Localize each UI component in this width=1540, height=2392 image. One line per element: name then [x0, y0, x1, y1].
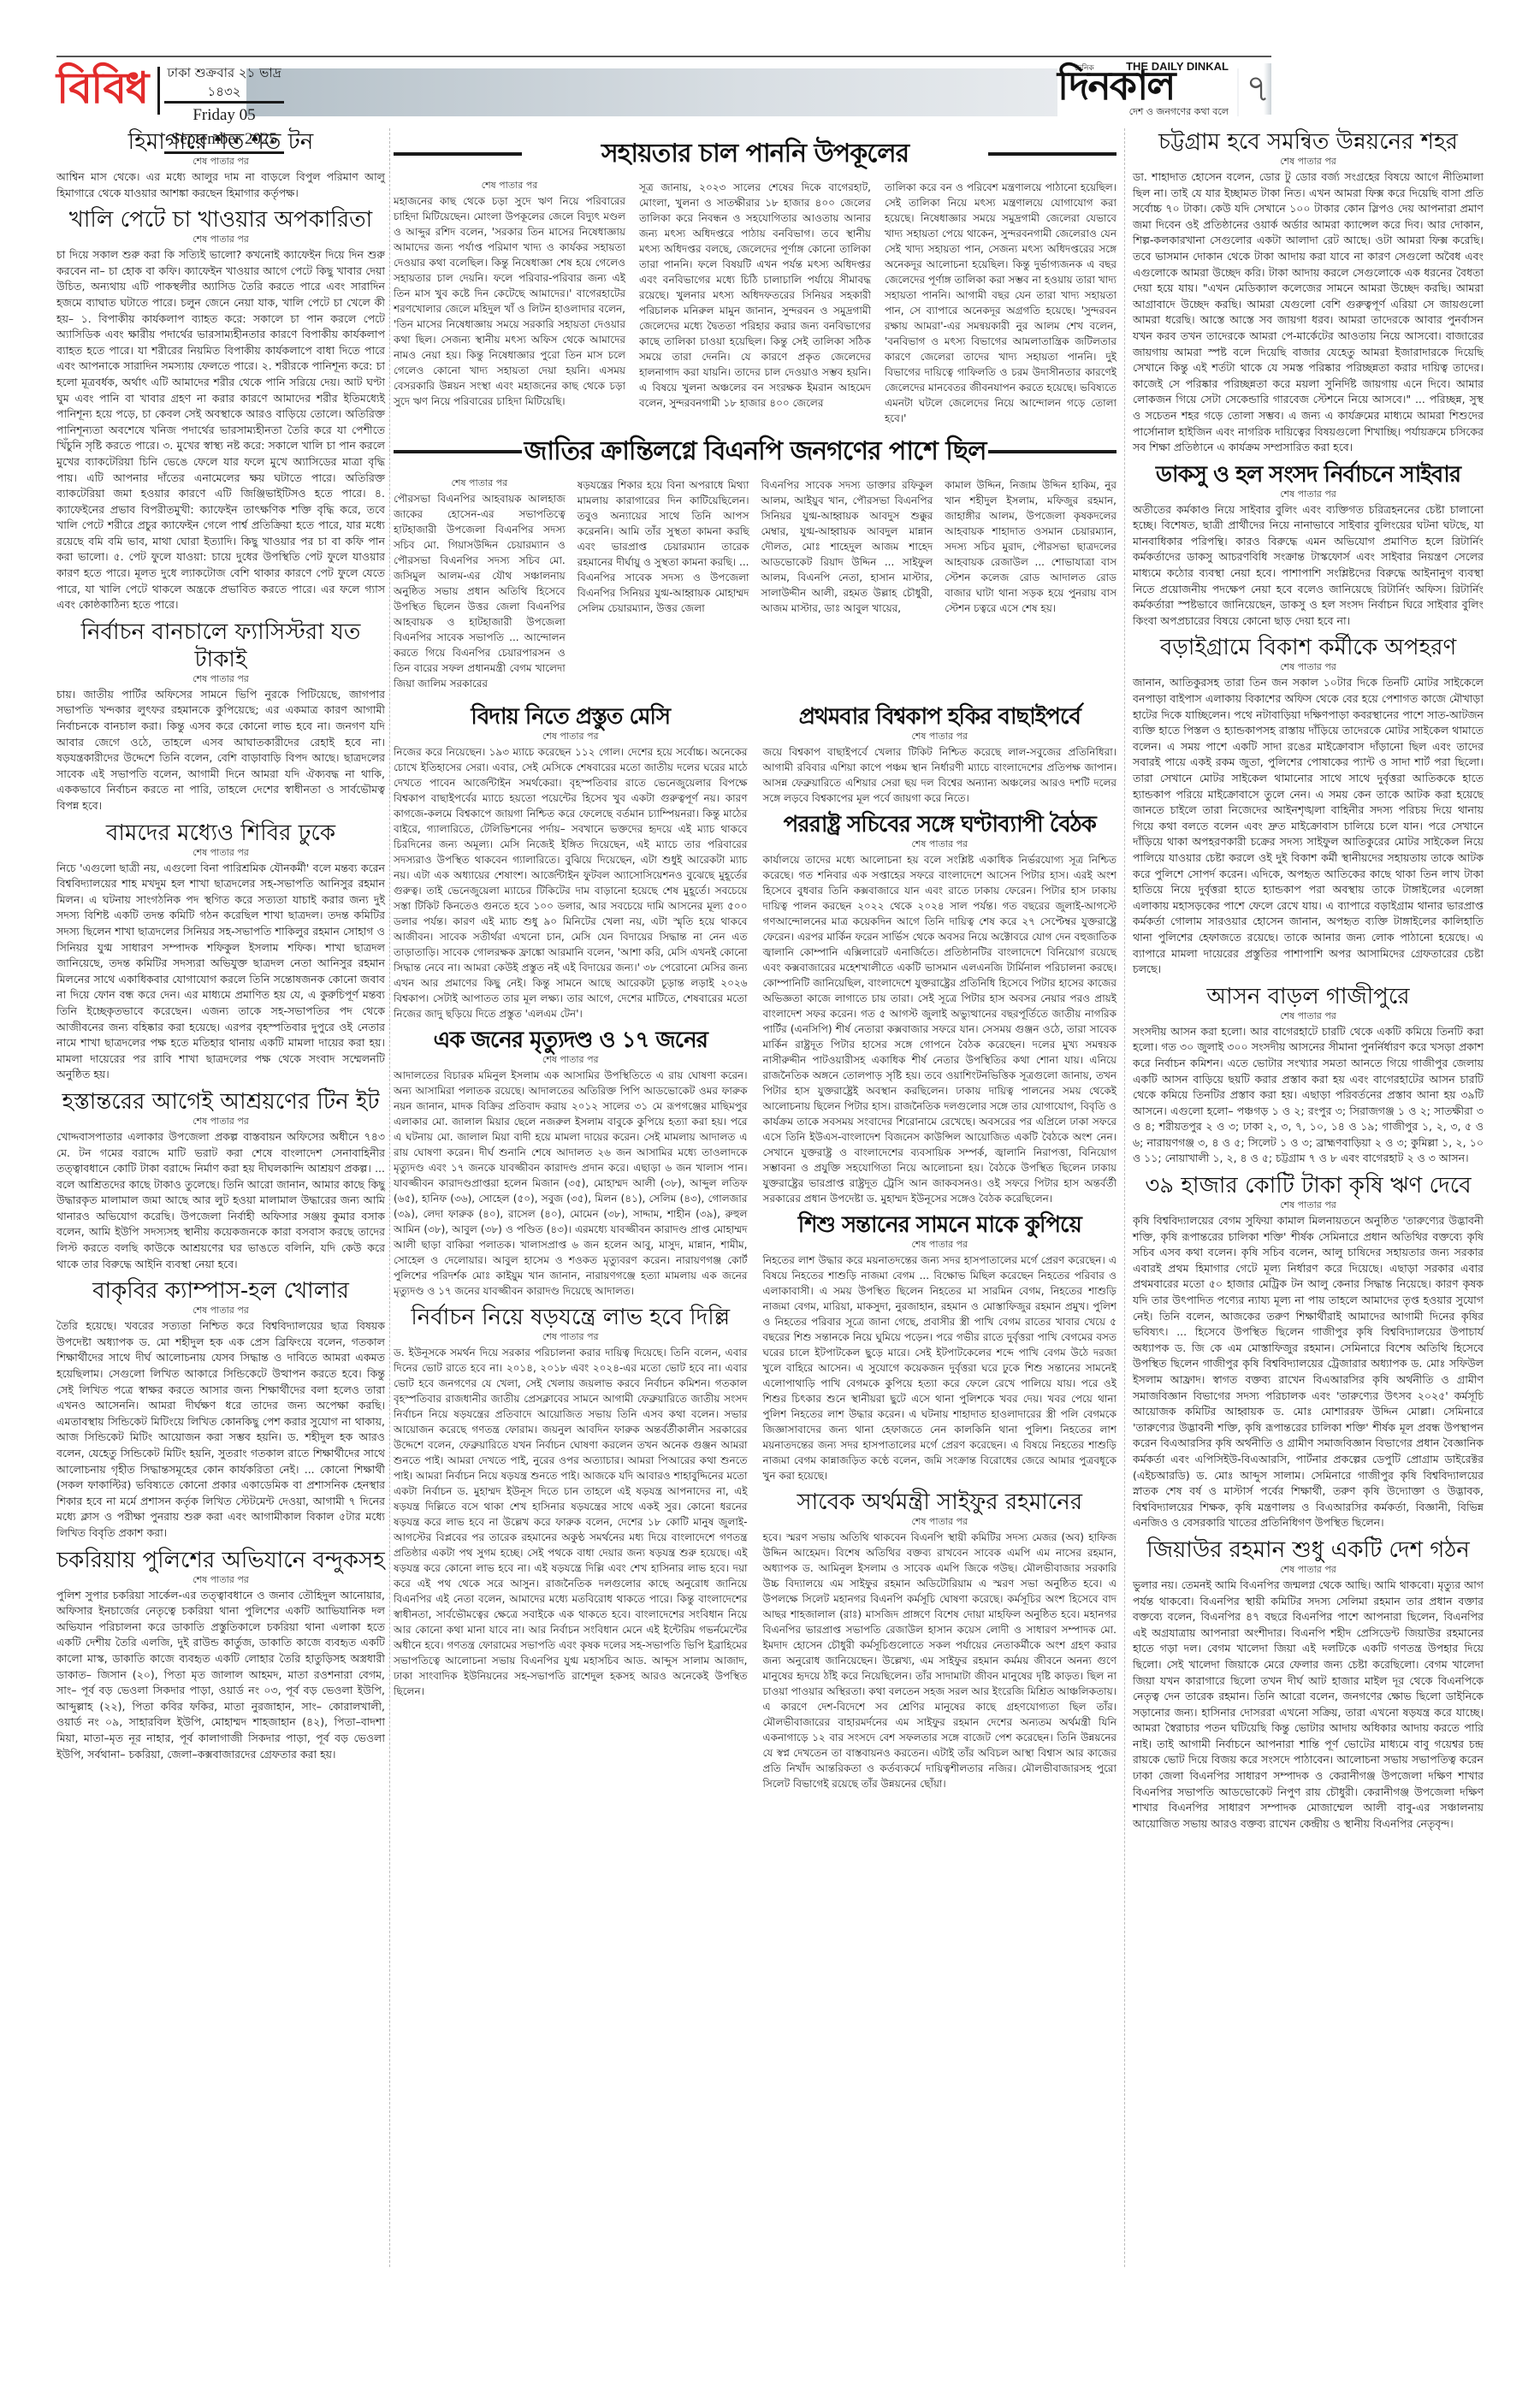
column-separator	[1124, 128, 1125, 2267]
continued-label: শেষ পাতার পর	[1133, 661, 1484, 673]
headline[interactable]: খালি পেটে চা খাওয়ার অপকারিতা	[56, 206, 385, 234]
article-body: সংসদীয় আসন করা হলো। আর বাগেরহাটে চারটি …	[1133, 1024, 1484, 1167]
continued-label: শেষ পাতার পর	[1133, 1199, 1484, 1211]
column-separator	[389, 128, 390, 2267]
article-body: কৃষি বিশ্ববিদ্যালয়ের বেগম সুফিয়া কামাল…	[1133, 1213, 1484, 1531]
article-body-col: বিএনপির সাবেক সদস্য ডাক্তার রফিকুল আলম, …	[761, 477, 933, 691]
article-body: হবে। স্মরণ সভায় অতিথি থাকবেন বিএনপি স্থ…	[763, 1530, 1117, 1791]
article-death-sentence: এক জনের মৃত্যুদণ্ড ও ১৭ জনের শেষ পাতার প…	[394, 1027, 748, 1299]
headline[interactable]: পররাষ্ট্র সচিবের সঙ্গে ঘণ্টাব্যাপী বৈঠক	[763, 811, 1117, 838]
right-column: চট্টগ্রাম হবে সমন্বিত উন্নয়নের শহর শেষ …	[1133, 128, 1484, 1837]
article-body-col: সূত্র জানায়, ২০২৩ সালের শেষের দিকে বাগে…	[639, 180, 871, 426]
headline-rule	[394, 152, 522, 156]
article-body: জয়ে বিশ্বকাপ বাছাইপর্বে খেলার টিকিট নিশ…	[763, 744, 1117, 806]
headline[interactable]: ডাকসু ও হল সংসদ নির্বাচনে সাইবার	[1133, 461, 1484, 488]
article-body: চা দিয়ে সকাল শুরু করা কি সত্যিই ভালো? ক…	[56, 247, 385, 613]
article-ducsu-cyber: ডাকসু ও হল সংসদ নির্বাচনে সাইবার শেষ পাত…	[1133, 461, 1484, 630]
article-gazipur-seat: আসন বাড়ল গাজীপুরে শেষ পাতার পর সংসদীয় …	[1133, 983, 1484, 1167]
article-body: তৈরি হয়েছে। খবরের সত্যতা নিশ্চিত করে বি…	[56, 1318, 385, 1541]
continued-label: শেষ পাতার পর	[394, 1331, 748, 1343]
article-relief-rice: সহায়তার চাল পাননি উপকূলের শেষ পাতার পর …	[394, 133, 1116, 426]
headline[interactable]: হস্তান্তরের আগেই আশ্রয়ণের টিন ইট	[56, 1088, 385, 1116]
article-body: ড. ইউনূসকে সমর্থন দিয়ে সরকার পরিচালনা ক…	[394, 1345, 748, 1699]
article-body: পুলিশ সুপার চকরিয়া সার্কেল-এর তত্ত্বাবধ…	[56, 1588, 385, 1763]
continued-label: শেষ পাতার পর	[394, 180, 625, 192]
article-saifur-rahman: সাবেক অর্থমন্ত্রী সাইফুর রহমানের শেষ পাত…	[763, 1489, 1117, 1791]
article-ashrayan: হস্তান্তরের আগেই আশ্রয়ণের টিন ইট শেষ পা…	[56, 1088, 385, 1272]
article-foreign-secretary: পররাষ্ট্র সচিবের সঙ্গে ঘণ্টাব্যাপী বৈঠক …	[763, 811, 1117, 1206]
section-label: বিবিধ	[56, 62, 147, 115]
article-body: জানান, আতিকুরসহ তারা তিন জন সকাল ১০টার দ…	[1133, 675, 1484, 977]
article-body: অতীতের কর্মকাণ্ড নিয়ে সাইবার বুলিং এবং …	[1133, 502, 1484, 630]
article-body-col: কামাল উদ্দিন, নিজাম উদ্দিন হাকিম, নুর খা…	[945, 477, 1116, 691]
date-bangla: ঢাকা শুক্রবার ২১ ভাদ্র ১৪৩২	[164, 63, 284, 104]
article-body: ডা. শাহাদাত হোসেন বলেন, ডোর টু ডোর বর্জ্…	[1133, 169, 1484, 456]
continued-label: শেষ পাতার পর	[56, 1116, 385, 1128]
article-body-col: মহাজনের কাছ থেকে চড়া সুদে ঋণ নিয়ে পরিব…	[394, 193, 625, 409]
continued-label: শেষ পাতার পর	[1133, 156, 1484, 168]
headline[interactable]: চট্টগ্রাম হবে সমন্বিত উন্নয়নের শহর	[1133, 128, 1484, 156]
logo-main-text: দিনকাল	[1057, 65, 1175, 106]
continued-label: শেষ পাতার পর	[56, 847, 385, 859]
continued-label: শেষ পাতার পর	[394, 731, 748, 743]
continued-label: শেষ পাতার পর	[763, 838, 1117, 850]
article-election-fascists: নির্বাচন বানচালে ফ্যাসিস্টরা যত টাকাই শে…	[56, 619, 385, 814]
article-bau-campus: বাকৃবির ক্যাম্পাস-হল খোলার শেষ পাতার পর …	[56, 1277, 385, 1541]
article-agri-loan: ৩৯ হাজার কোটি টাকা কৃষি ঋণ দেবে শেষ পাতা…	[1133, 1172, 1484, 1531]
article-body: খোদ্দবাসপাতার এলাকার উপজেলা প্রকল্প বাস্…	[56, 1129, 385, 1272]
continued-label: শেষ পাতার পর	[763, 1516, 1117, 1528]
headline[interactable]: শিশু সন্তানের সামনে মাকে কুপিয়ে	[763, 1211, 1117, 1239]
article-body-col: পৌরসভা বিএনপির আহবায়ক আলহাজ জাকের হোসেন…	[394, 491, 566, 691]
masthead: বিবিধ ঢাকা শুক্রবার ২১ ভাদ্র ১৪৩২ Friday…	[56, 60, 1271, 120]
continued-label: শেষ পাতার পর	[1133, 1564, 1484, 1576]
continued-label: শেষ পাতার পর	[56, 1305, 385, 1317]
page-number: ৭	[1246, 63, 1271, 115]
article-ziaur-rahman: জিয়াউর রহমান শুধু একটি দেশ গঠন শেষ পাতা…	[1133, 1536, 1484, 1832]
article-body: নিজের করে নিয়েছেন। ১৯৩ ম্যাচে করেছেন ১১…	[394, 744, 748, 1021]
continued-label: শেষ পাতার পর	[1133, 1010, 1484, 1022]
article-body: নিহতের লাশ উদ্ধার করে ময়নাতদন্তের জন্য …	[763, 1252, 1117, 1483]
article-cold-storage: হিমাগারে শত শত টন শেষ পাতার পর আশ্বিন মা…	[56, 128, 385, 201]
continued-label: শেষ পাতার পর	[763, 731, 1117, 743]
article-body: কার্যালয়ে তাদের মধ্যে আলোচনা হয় বলে সং…	[763, 852, 1117, 1206]
article-tea: খালি পেটে চা খাওয়ার অপকারিতা শেষ পাতার …	[56, 206, 385, 613]
article-chakaria-police: চকরিয়ায় পুলিশের অভিযানে বন্দুকসহ শেষ প…	[56, 1547, 385, 1763]
mid-right-subcolumn: প্রথমবার বিশ্বকাপ হকির বাছাইপর্বে শেষ পা…	[763, 703, 1117, 1797]
headline[interactable]: সাবেক অর্থমন্ত্রী সাইফুর রহমানের	[763, 1489, 1117, 1516]
article-body: নিচে 'এগুলো ছাত্রী নয়, এগুলো বিনা পারিশ…	[56, 861, 385, 1083]
headline[interactable]: নির্বাচন নিয়ে ষড়যন্ত্রে লাভ হবে দিল্লি	[394, 1304, 748, 1331]
continued-label: শেষ পাতার পর	[394, 1054, 748, 1066]
article-hockey: প্রথমবার বিশ্বকাপ হকির বাছাইপর্বে শেষ পা…	[763, 703, 1117, 806]
left-column: হিমাগারে শত শত টন শেষ পাতার পর আশ্বিন মা…	[56, 128, 385, 1767]
article-delhi: নির্বাচন নিয়ে ষড়যন্ত্রে লাভ হবে দিল্লি…	[394, 1304, 748, 1699]
continued-label: শেষ পাতার পর	[56, 234, 385, 246]
continued-label: শেষ পাতার পর	[394, 477, 566, 489]
headline[interactable]: চকরিয়ায় পুলিশের অভিযানে বন্দুকসহ	[56, 1547, 385, 1574]
article-left-shibir: বামদের মধ্যেও শিবির ঢুকে শেষ পাতার পর নি…	[56, 820, 385, 1083]
headline[interactable]: বামদের মধ্যেও শিবির ঢুকে	[56, 820, 385, 847]
headline-rule	[988, 152, 1116, 156]
headline[interactable]: ৩৯ হাজার কোটি টাকা কৃষি ঋণ দেবে	[1133, 1172, 1484, 1199]
headline[interactable]: বিদায় নিতে প্রস্তুত মেসি	[394, 703, 748, 731]
article-bnp-crisis: জাতির ক্রান্তিলগ্নে বিএনপি জনগণের পাশে ছ…	[394, 431, 1116, 691]
article-body: ভুলার নয়। তেমনই আমি বিএনপির জন্মলগ্ন থে…	[1133, 1578, 1484, 1832]
section-divider	[157, 67, 160, 115]
headline[interactable]: নির্বাচন বানচালে ফ্যাসিস্টরা যত টাকাই	[56, 619, 385, 673]
headline[interactable]: প্রথমবার বিশ্বকাপ হকির বাছাইপর্বে	[763, 703, 1117, 731]
headline[interactable]: এক জনের মৃত্যুদণ্ড ও ১৭ জনের	[394, 1027, 748, 1054]
article-child-mother: শিশু সন্তানের সামনে মাকে কুপিয়ে শেষ পাত…	[763, 1211, 1117, 1483]
article-body-col: ষড়যন্ত্রের শিকার হয়ে বিনা অপরাধে মিথ্য…	[577, 477, 749, 691]
article-body: আদালতের বিচারক মমিনুল ইসলাম এক আসামির উপ…	[394, 1068, 748, 1299]
headline[interactable]: আসন বাড়ল গাজীপুরে	[1133, 983, 1484, 1010]
continued-label: শেষ পাতার পর	[763, 1239, 1117, 1251]
headline[interactable]: জিয়াউর রহমান শুধু একটি দেশ গঠন	[1133, 1536, 1484, 1564]
headline-rule	[988, 450, 1116, 453]
article-body: আশ্বিন মাস থেকে। এর মধ্যে আলুর দাম না বা…	[56, 169, 385, 201]
headline-rule	[394, 450, 522, 453]
logo-tagline: দেশ ও জনগণের কথা বলে	[1129, 104, 1229, 121]
article-messi: বিদায় নিতে প্রস্তুত মেসি শেষ পাতার পর ন…	[394, 703, 748, 1021]
middle-column: সহায়তার চাল পাননি উপকূলের শেষ পাতার পর …	[394, 128, 1116, 1797]
top-rule	[56, 56, 1271, 57]
headline-block: সহায়তার চাল পাননি উপকূলের	[394, 133, 1116, 175]
article-body-col: তালিকা করে বন ও পরিবেশ মন্ত্রণালয়ে পাঠা…	[885, 180, 1116, 426]
headline[interactable]: বাকৃবির ক্যাম্পাস-হল খোলার	[56, 1277, 385, 1305]
continued-label: শেষ পাতার পর	[56, 156, 385, 168]
continued-label: শেষ পাতার পর	[56, 1574, 385, 1586]
continued-label: শেষ পাতার পর	[1133, 488, 1484, 500]
article-bkash-abduction: বড়াইগ্রামে বিকাশ কর্মীকে অপহরণ শেষ পাতা…	[1133, 634, 1484, 977]
mid-left-subcolumn: বিদায় নিতে প্রস্তুত মেসি শেষ পাতার পর ন…	[394, 703, 748, 1797]
article-chattogram: চট্টগ্রাম হবে সমন্বিত উন্নয়নের শহর শেষ …	[1133, 128, 1484, 456]
continued-label: শেষ পাতার পর	[56, 673, 385, 685]
headline[interactable]: হিমাগারে শত শত টন	[56, 128, 385, 156]
newspaper-logo[interactable]: দৈনিক THE DAILY DINKAL দিনকাল দেশ ও জনগণ…	[1057, 60, 1237, 120]
headline-block: জাতির ক্রান্তিলগ্নে বিএনপি জনগণের পাশে ছ…	[394, 431, 1116, 472]
headline[interactable]: বড়াইগ্রামে বিকাশ কর্মীকে অপহরণ	[1133, 634, 1484, 661]
article-body: চায়। জাতীয় পার্টির অফিসের সামনে ভিপি ন…	[56, 687, 385, 814]
